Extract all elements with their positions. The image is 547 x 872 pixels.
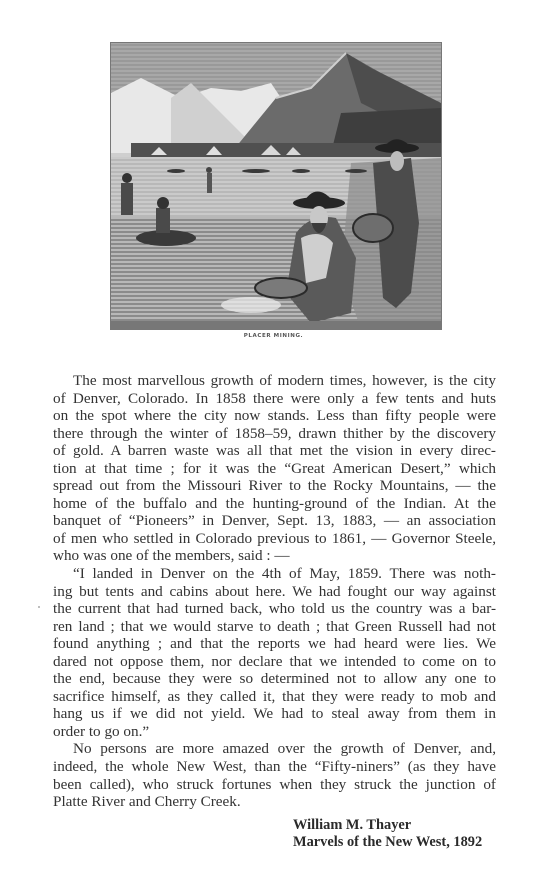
article-body: The most marvellous growth of modern tim… [53, 372, 496, 811]
text-line: ing but tents and cabins about here. We … [53, 583, 496, 601]
text-line: No persons are more amazed over the grow… [53, 740, 496, 758]
attribution: William M. Thayer Marvels of the New Wes… [293, 817, 482, 851]
text-line: The most marvellous growth of modern tim… [53, 372, 496, 390]
figure-caption: PLACER MINING. [0, 333, 547, 339]
text-line: of gold. A barren waste was all that met… [53, 442, 496, 460]
text-line: dared not oppose them, nor declare that … [53, 653, 496, 671]
paragraph-3: No persons are more amazed over the grow… [53, 740, 496, 810]
scan-speck [38, 606, 40, 608]
text-line: the end, because they were so determined… [53, 670, 496, 688]
text-line: of men who settled in Colorado previous … [53, 530, 496, 548]
paragraph-1: The most marvellous growth of modern tim… [53, 372, 496, 565]
text-line: hang us if we did not yield. We had to s… [53, 705, 496, 723]
attribution-source: Marvels of the New West, 1892 [293, 834, 482, 851]
paragraph-2-quotation: “I landed in Denver on the 4th of May, 1… [53, 565, 496, 740]
text-line: the current that had turned back, who to… [53, 600, 496, 618]
text-line: “I landed in Denver on the 4th of May, 1… [53, 565, 496, 583]
text-line: found anything ; and that the reports we… [53, 635, 496, 653]
text-line: banquet of “Pioneers” in Denver, Sept. 1… [53, 512, 496, 530]
book-page: PLACER MINING. The most marvellous growt… [0, 0, 547, 872]
text-line: order to go on.” [53, 723, 496, 741]
text-line: home of the buffalo and the hunting-grou… [53, 495, 496, 513]
text-line: of Denver, Colorado. In 1858 there were … [53, 390, 496, 408]
text-line: Platte River and Cherry Creek. [53, 793, 496, 811]
engraving-illustration [111, 43, 441, 329]
text-line: spread out from the Missouri River to th… [53, 477, 496, 495]
placer-mining-engraving [110, 42, 442, 330]
text-line: who was one of the members, said : — [53, 547, 496, 565]
attribution-author: William M. Thayer [293, 817, 482, 834]
text-line: ren land ; that we would starve to death… [53, 618, 496, 636]
text-line: on the spot where the city now stands. L… [53, 407, 496, 425]
text-line: there through the winter of 1858–59, dra… [53, 425, 496, 443]
text-line: been called), who struck fortunes when t… [53, 776, 496, 794]
text-line: sacrifice himself, as they called it, th… [53, 688, 496, 706]
text-line: indeed, the whole New West, than the “Fi… [53, 758, 496, 776]
text-line: tion at that time ; for it was the “Grea… [53, 460, 496, 478]
